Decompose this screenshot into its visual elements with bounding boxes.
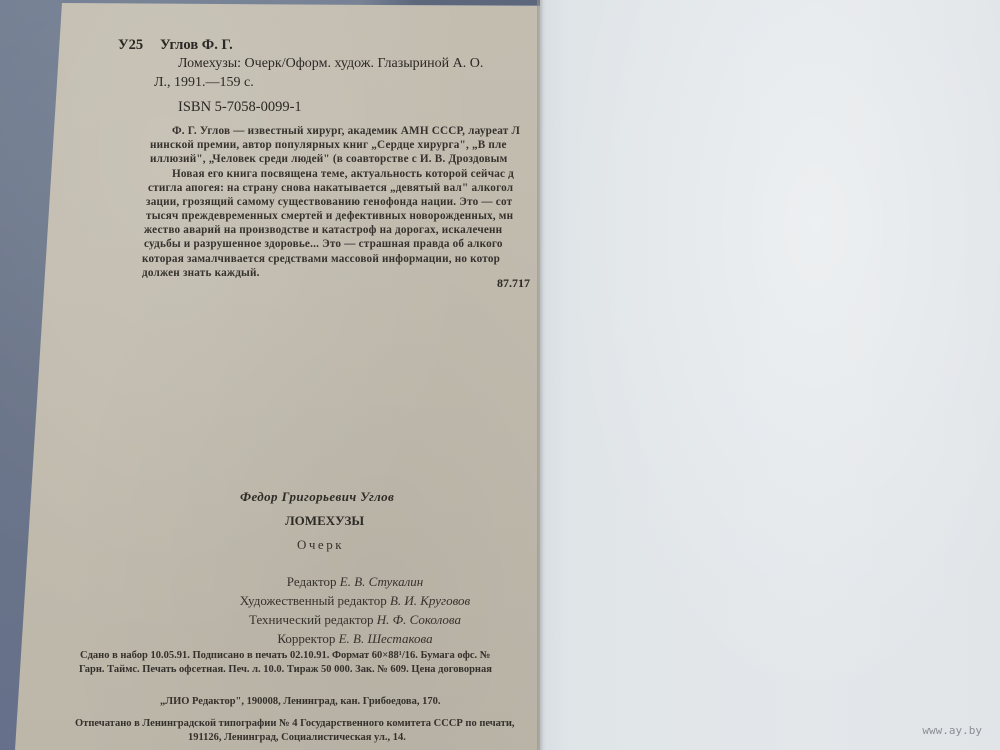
annotation-line: иллюзий", „Человек среди людей" (в соавт… [150, 152, 538, 166]
credit-tech-editor: Технический редактор Н. Ф. Соколова [180, 610, 530, 629]
left-page: У25 Углов Ф. Г. Ломехузы: Очерк/Оформ. х… [0, 0, 545, 750]
annotation-line: жество аварий на производстве и катастро… [144, 223, 538, 237]
author-full-name: Федор Григорьевич Углов [240, 489, 394, 505]
annotation-line: нинской премии, автор популярных книг „С… [150, 138, 538, 152]
imprint-line-2: Гарн. Таймс. Печать офсетная. Печ. л. 10… [79, 664, 542, 675]
book-genre: Очерк [297, 537, 344, 553]
credit-editor: Редактор Е. В. Стукалин [180, 572, 530, 591]
printer-line-2: 191126, Ленинград, Социалистическая ул.,… [188, 732, 406, 743]
imprint-line-1: Сдано в набор 10.05.91. Подписано в печа… [80, 650, 542, 661]
page-fold-edge [537, 0, 543, 750]
watermark: www.ay.by [922, 724, 982, 737]
catalog-imprint: Л., 1991.—159 с. [154, 74, 254, 92]
credit-art-editor: Художественный редактор В. И. Круговов [180, 591, 530, 610]
catalog-isbn: ISBN 5-7058-0099-1 [178, 98, 302, 116]
catalog-author: Углов Ф. Г. [160, 36, 233, 54]
printer-line-1: Отпечатано в Ленинградской типографии № … [75, 718, 545, 729]
book-edge-shadow [360, 0, 550, 5]
right-page-blank [540, 0, 1000, 750]
publisher-address: „ЛИО Редактор", 190008, Ленинград, кан. … [160, 696, 440, 707]
annotation-line: Ф. Г. Углов — известный хирург, академик… [172, 124, 538, 138]
catalog-index: У25 [118, 36, 143, 54]
annotation-line: зации, грозящий самому существованию ген… [146, 195, 538, 209]
annotation-line: Новая его книга посвящена теме, актуальн… [172, 167, 538, 181]
credits-block: Редактор Е. В. Стукалин Художественный р… [180, 572, 530, 648]
annotation-line: тысяч преждевременных смертей и дефектив… [146, 209, 538, 223]
annotation-line: которая замалчивается средствами массово… [142, 252, 538, 266]
credit-proofreader: Корректор Е. В. Шестакова [180, 629, 530, 648]
book-title: ЛОМЕХУЗЫ [285, 513, 364, 529]
catalog-title-line: Ломехузы: Очерк/Оформ. худож. Глазыриной… [178, 55, 538, 73]
annotation-line: стигла апогея: на страну снова накатывае… [148, 181, 538, 195]
annotation-line: должен знать каждый. [142, 266, 538, 280]
annotation-line: судьбы и разрушенное здоровье... Это — с… [144, 237, 538, 251]
classification-code: 87.717 [497, 274, 530, 292]
